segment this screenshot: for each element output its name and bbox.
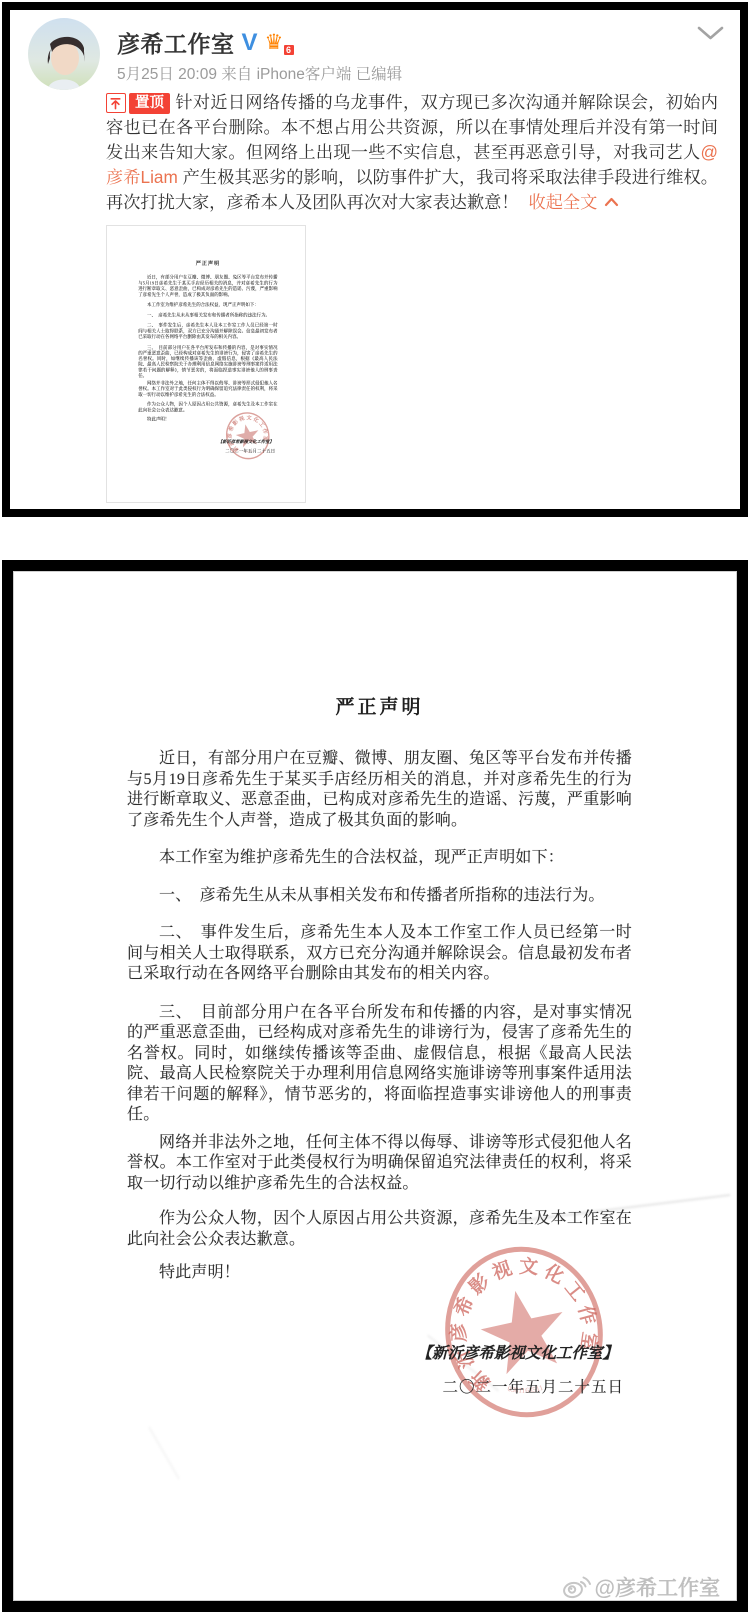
username[interactable]: 彦希工作室 [117, 26, 235, 59]
post-text-segment: 针对近日网络传播的乌龙事件，双方现已多次沟通并解除误会，初始内容也已在各平台删除… [106, 92, 718, 162]
statement-title: 严正声明 [127, 572, 632, 721]
pinned-badge: 置顶 [129, 93, 170, 114]
weibo-post-card: 彦希工作室 V ♛ 6 5月25日 20:09 来自 iPhone客户端 已编辑… [2, 2, 748, 517]
verified-badge-icon: V [242, 31, 258, 55]
weibo-logo-icon [562, 1574, 592, 1600]
statement-paragraph: 本工作室为维护彦希先生的合法权益，现严正声明如下： [138, 302, 277, 308]
statement-body: 近日，有部分用户在豆瓣、微博、朋友圈、兔区等平台发布并传播与5月19日彦希先生于… [127, 749, 632, 1284]
post-timestamp: 5月25日 20:09 来自 iPhone客户端 已编辑 [117, 62, 402, 84]
post-text-segment: 产生极其恶劣的影响，以防事件扩大，我司将采取法律手段进行维权。再次打扰大家，彦希… [106, 167, 718, 212]
chevron-up-icon[interactable] [604, 197, 619, 207]
statement-date: 二〇二一年五月二十五日 [107, 447, 275, 453]
watermark-text: @彦希工作室 [595, 1572, 720, 1601]
statement-page: 严正声明 近日，有部分用户在豆瓣、微博、朋友圈、兔区等平台发布并传播与5月19日… [13, 571, 737, 1601]
statement-paragraph: 三、 目前部分用户在各平台所发布和传播的内容，是对事实情况的严重恶意歪曲，已经构… [138, 345, 277, 379]
statement-image-full[interactable]: 严正声明 近日，有部分用户在豆瓣、微博、朋友圈、兔区等平台发布并传播与5月19日… [2, 560, 748, 1612]
statement-paragraph: 作为公众人物，因个人原因占用公共资源，彦希先生及本工作室在此向社会公众表达歉意。 [127, 1209, 632, 1250]
avatar-portrait [28, 18, 100, 90]
vip-crown-icon: ♛ 6 [265, 31, 291, 55]
statement-title: 严正声明 [138, 226, 277, 267]
statement-signature: 【新沂彦希影视文化工作室】 [107, 438, 274, 444]
statement-paragraph: 特此声明！ [127, 1263, 632, 1284]
collapse-full-text-link[interactable]: 收起全文 [529, 192, 598, 212]
vip-level-badge: 6 [283, 44, 295, 56]
statement-date: 二〇二一年五月二十五日 [14, 1375, 624, 1397]
weibo-watermark: @彦希工作室 [562, 1572, 720, 1601]
statement-paragraph: 二、 事件发生后，彦希先生本人及本工作室工作人员已经第一时间与相关人士取得联系，… [127, 923, 632, 985]
statement-body: 近日，有部分用户在豆瓣、微博、朋友圈、兔区等平台发布并传播与5月19日彦希先生于… [138, 275, 277, 423]
statement-document: 严正声明 近日，有部分用户在豆瓣、微博、朋友圈、兔区等平台发布并传播与5月19日… [14, 572, 736, 1600]
statement-paragraph: 作为公众人物，因个人原因占用公共资源，彦希先生及本工作室在此向社会公众表达歉意。 [138, 402, 277, 413]
post-text: 置顶针对近日网络传播的乌龙事件，双方现已多次沟通并解除误会，初始内容也已在各平台… [106, 90, 718, 215]
statement-image-thumbnail[interactable]: 严正声明 近日，有部分用户在豆瓣、微博、朋友圈、兔区等平台发布并传播与5月19日… [106, 225, 306, 503]
statement-paragraph: 近日，有部分用户在豆瓣、微博、朋友圈、兔区等平台发布并传播与5月19日彦希先生于… [127, 749, 632, 831]
post-header: 彦希工作室 V ♛ 6 [117, 26, 291, 59]
statement-paragraph: 特此声明！ [138, 417, 277, 423]
statement-paragraph: 三、 目前部分用户在各平台所发布和传播的内容，是对事实情况的严重恶意歪曲，已经构… [127, 1003, 632, 1126]
statement-paragraph: 近日，有部分用户在豆瓣、微博、朋友圈、兔区等平台发布并传播与5月19日彦希先生于… [138, 275, 277, 298]
statement-document-mini: 严正声明 近日，有部分用户在豆瓣、微博、朋友圈、兔区等平台发布并传播与5月19日… [107, 226, 306, 503]
avatar[interactable] [28, 18, 100, 90]
statement-paragraph: 网络并非法外之地，任何主体不得以侮辱、诽谤等形式侵犯他人名誉权。本工作室对于此类… [138, 381, 277, 398]
statement-signature: 【新沂彦希影视文化工作室】 [14, 1341, 618, 1363]
statement-paragraph: 一、 彦希先生从未从事相关发布和传播者所指称的违法行为。 [127, 886, 632, 907]
pin-to-top-icon [106, 93, 126, 113]
statement-paragraph: 网络并非法外之地，任何主体不得以侮辱、诽谤等形式侵犯他人名誉权。本工作室对于此类… [127, 1133, 632, 1195]
statement-paragraph: 二、 事件发生后，彦希先生本人及本工作室工作人员已经第一时间与相关人士取得联系，… [138, 323, 277, 340]
statement-paragraph: 本工作室为维护彦希先生的合法权益，现严正声明如下： [127, 848, 632, 869]
paper-crease [148, 1427, 180, 1480]
statement-paragraph: 一、 彦希先生从未从事相关发布和传播者所指称的违法行为。 [138, 313, 277, 319]
chevron-down-icon[interactable] [697, 26, 724, 45]
